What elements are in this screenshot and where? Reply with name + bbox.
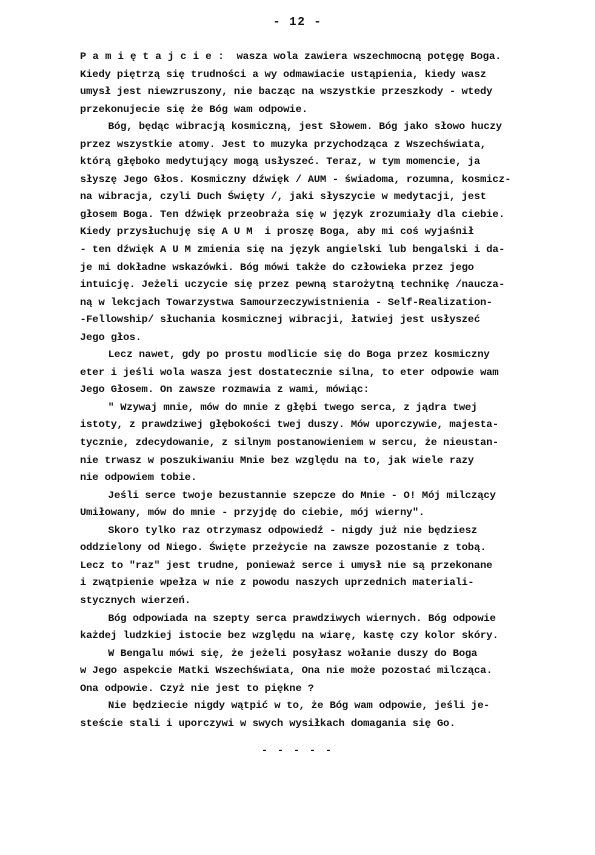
text-line: -Fellowship/ słuchania kosmicznej wibrac… — [80, 312, 560, 330]
text-line: - ten dźwięk A U M zmienia się na język … — [80, 242, 560, 260]
text-line: i zwątpienie wpełza w nie z powodu naszy… — [80, 575, 560, 593]
text-line: tycznie, zdecydowanie, z silnym postanow… — [80, 435, 560, 453]
text-line: nie trwasz w poszukiwaniu Mnie bez wzglę… — [80, 453, 560, 471]
paragraph-start-line: Skoro tylko raz otrzymasz odpowiedź - ni… — [80, 523, 560, 541]
text-line: oddzielony od Niego. Święte przeżycie na… — [80, 540, 560, 558]
text-line: eter i jeśli wola wasza jest dostateczni… — [80, 365, 560, 383]
section-end-mark: - - - - - — [0, 746, 595, 757]
text-line: istoty, z prawdziwej głębokości twej dus… — [80, 417, 560, 435]
text-line: Jego głos. — [80, 330, 560, 348]
text-line: Kiedy piętrzą się trudności a wy odmawia… — [80, 67, 560, 85]
text-line: Pamiętajcie: wasza wola zawiera wszechmo… — [80, 49, 560, 67]
text-line: stycznych wierzeń. — [80, 593, 560, 611]
body-text: Pamiętajcie: wasza wola zawiera wszechmo… — [80, 49, 560, 733]
text-line: w Jego aspekcie Matki Wszechświata, Ona … — [80, 663, 560, 681]
text-line: przekonujecie się że Bóg wam odpowie. — [80, 102, 560, 120]
text-line: przez wszystkie atomy. Jest to muzyka pr… — [80, 137, 560, 155]
text-line: steście stali i uporczywi w swych wysiłk… — [80, 716, 560, 734]
text-line: Jego Głosem. On zawsze rozmawia z wami, … — [80, 382, 560, 400]
document-page: - 12 - Pamiętajcie: wasza wola zawiera w… — [0, 0, 595, 855]
text-line: którą głęboko medytujący mogą usłyszeć. … — [80, 154, 560, 172]
paragraph-start-line: W Bengalu mówi się, że jeżeli posyłasz w… — [80, 646, 560, 664]
paragraph-start-line: Jeśli serce twoje bezustannie szepcze do… — [80, 488, 560, 506]
paragraph-start-line: " Wzywaj mnie, mów do mnie z głębi twego… — [80, 400, 560, 418]
paragraph-start-line: Nie będziecie nigdy wątpić w to, że Bóg … — [80, 698, 560, 716]
text-line: nie odpowiem tobie. — [80, 470, 560, 488]
text-line: Lecz to "raz" jest trudne, ponieważ serc… — [80, 558, 560, 576]
page-number: - 12 - — [0, 15, 595, 29]
paragraph-start-line: Bóg, będąc wibracją kosmiczną, jest Słow… — [80, 119, 560, 137]
text-line: intuicję. Jeżeli uczycie się przez pewną… — [80, 277, 560, 295]
text-line: je mi dokładne wskazówki. Bóg mówi także… — [80, 260, 560, 278]
text-line: Umiłowany, mów do mnie - przyjdę do cieb… — [80, 505, 560, 523]
paragraph-start-line: Bóg odpowiada na szepty serca prawdziwyc… — [80, 611, 560, 629]
text-line: każdej ludzkiej istocie bez względu na w… — [80, 628, 560, 646]
text-line: słyszę Jego Głos. Kosmiczny dźwięk / AUM… — [80, 172, 560, 190]
paragraph-start-line: Lecz nawet, gdy po prostu modlicie się d… — [80, 347, 560, 365]
text-line: umysł jest niewzruszony, nie bacząc na w… — [80, 84, 560, 102]
text-line: Ona odpowie. Czyż nie jest to piękne ? — [80, 681, 560, 699]
text-line: ną w lekcjach Towarzystwa Samourzeczywis… — [80, 295, 560, 313]
text-line: na wibracja, czyli Duch Święty /, jaki s… — [80, 189, 560, 207]
text-line: Kiedy przysłuchuję się A U M i proszę Bo… — [80, 224, 560, 242]
emphasized-lead-word: Pamiętajcie: — [80, 51, 230, 63]
text-line: głosem Boga. Ten dźwięk przeobraża się w… — [80, 207, 560, 225]
